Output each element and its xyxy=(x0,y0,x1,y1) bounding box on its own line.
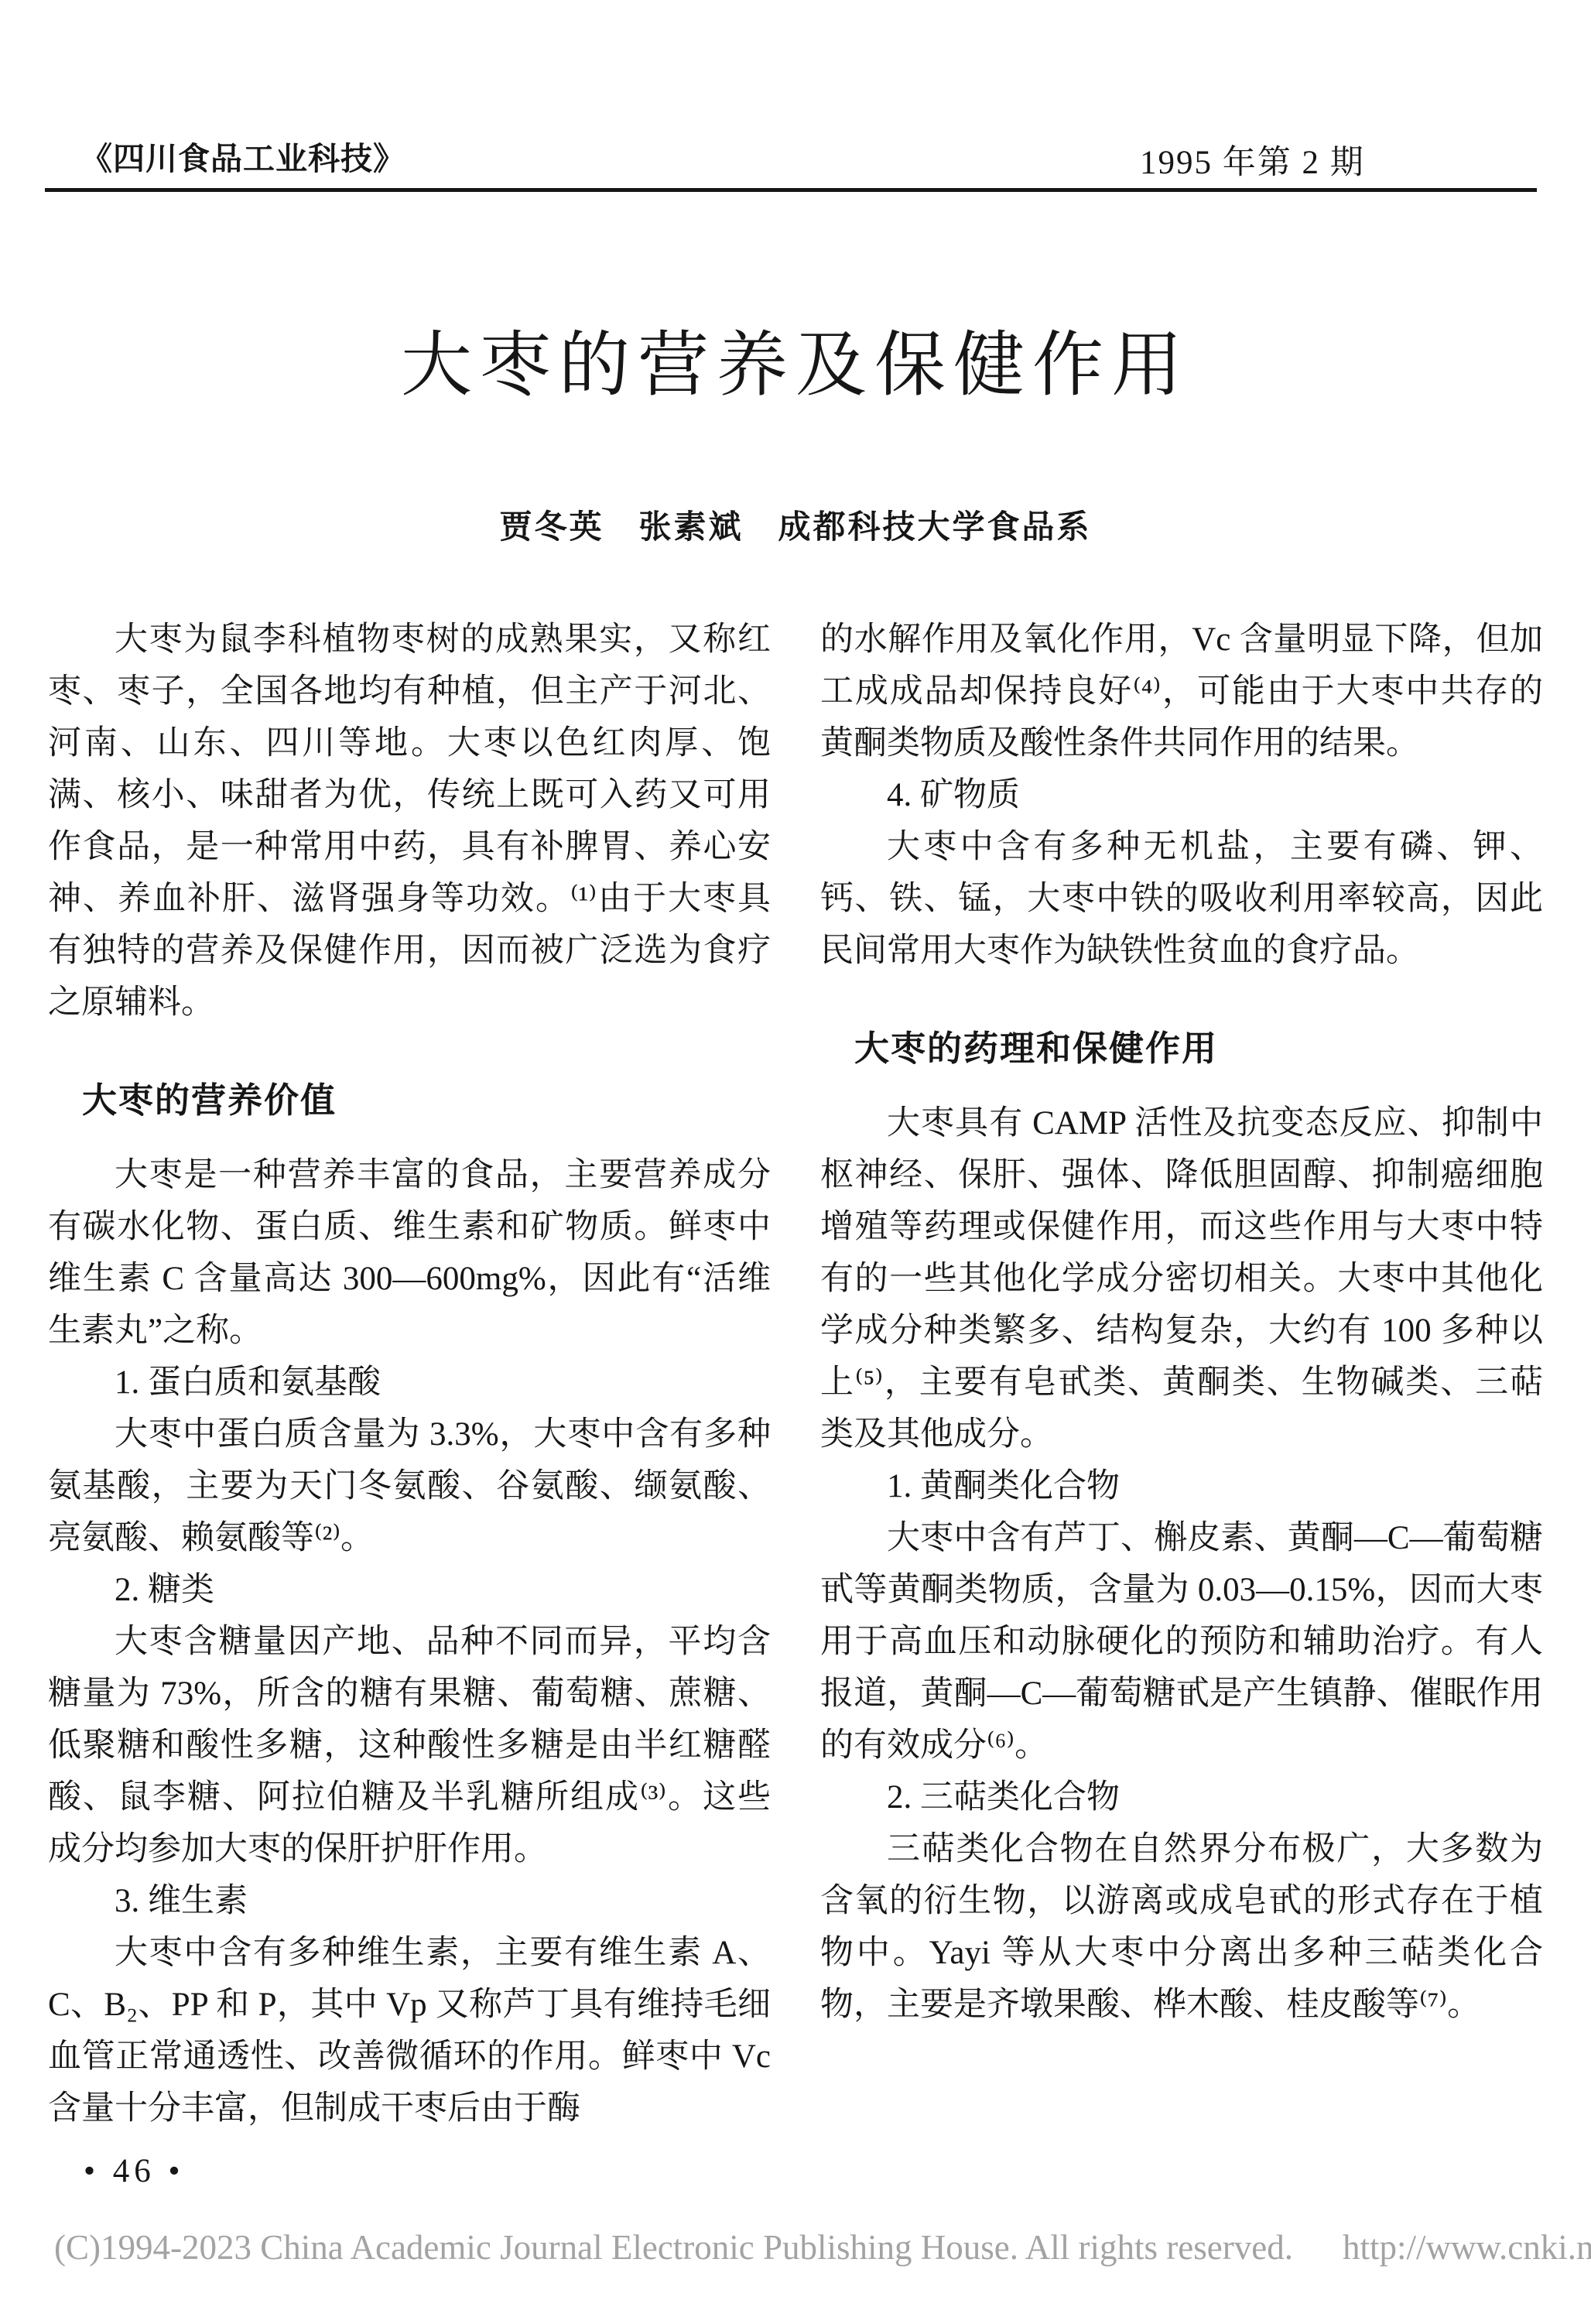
cnki-watermark: (C)1994-2023 China Academic Journal Elec… xyxy=(54,2227,1591,2268)
subheading-triterpene: 2. 三萜类化合物 xyxy=(820,1771,1543,1823)
issue-label: 1995 年第 2 期 xyxy=(1140,136,1365,183)
mineral-paragraph: 大枣中含有多种无机盐，主要有磷、钾、钙、铁、锰，大枣中铁的吸收利用率较高，因此民… xyxy=(820,821,1543,977)
right-column: 的水解作用及氧化作用，Vc 含量明显下降，但加工成成品却保持良好⁽⁴⁾，可能由于… xyxy=(820,614,1543,2197)
section-heading-pharmacology: 大枣的药理和保健作用 xyxy=(820,1031,1543,1066)
article-title: 大枣的营养及保健作用 xyxy=(0,308,1591,410)
protein-paragraph: 大枣中蛋白质含量为 3.3%，大枣中含有多种氨基酸，主要为天门冬氨酸、谷氨酸、缬… xyxy=(48,1408,771,1564)
subheading-flavonoid: 1. 黄酮类化合物 xyxy=(820,1460,1543,1512)
article-body: 大枣为鼠李科植物枣树的成熟果实，又称红枣、枣子，全国各地均有种植，但主产于河北、… xyxy=(48,614,1543,2197)
subheading-mineral: 4. 矿物质 xyxy=(820,769,1543,821)
triterpene-paragraph: 三萜类化合物在自然界分布极广，大多数为含氧的衍生物，以游离或成皂甙的形式存在于植… xyxy=(820,1823,1543,2031)
flavonoid-paragraph: 大枣中含有芦丁、槲皮素、黄酮—C—葡萄糖甙等黄酮类物质，含量为 0.03—0.1… xyxy=(820,1512,1543,1771)
pharmacology-intro-paragraph: 大枣具有 CAMP 活性及抗变态反应、抑制中枢神经、保肝、强体、降低胆固醇、抑制… xyxy=(820,1097,1543,1460)
vitamin-paragraph: 大枣中含有多种维生素，主要有维生素 A、C、B₂、PP 和 P，其中 Vp 又称… xyxy=(48,1927,771,2134)
section-heading-nutrition: 大枣的营养价值 xyxy=(48,1083,771,1118)
page-number: • 46 • xyxy=(48,2145,771,2197)
journal-page: 《四川食品工业科技》 1995 年第 2 期 大枣的营养及保健作用 贾冬英 张素… xyxy=(0,0,1591,2324)
header-divider xyxy=(45,188,1537,192)
subheading-protein: 1. 蛋白质和氨基酸 xyxy=(48,1357,771,1408)
left-column: 大枣为鼠李科植物枣树的成熟果实，又称红枣、枣子，全国各地均有种植，但主产于河北、… xyxy=(48,614,771,2197)
journal-name: 《四川食品工业科技》 xyxy=(80,133,405,179)
intro-paragraph: 大枣为鼠李科植物枣树的成熟果实，又称红枣、枣子，全国各地均有种植，但主产于河北、… xyxy=(48,614,771,1029)
sugar-paragraph: 大枣含糖量因产地、品种不同而异，平均含糖量为 73%，所含的糖有果糖、葡萄糖、蔗… xyxy=(48,1616,771,1875)
vitamin-continuation-paragraph: 的水解作用及氧化作用，Vc 含量明显下降，但加工成成品却保持良好⁽⁴⁾，可能由于… xyxy=(820,614,1543,769)
subheading-vitamin: 3. 维生素 xyxy=(48,1875,771,1927)
subheading-sugar: 2. 糖类 xyxy=(48,1564,771,1616)
copyright-text: (C)1994-2023 China Academic Journal Elec… xyxy=(54,2228,1293,2267)
authors-byline: 贾冬英 张素斌 成都科技大学食品系 xyxy=(0,501,1591,548)
nutrition-intro-paragraph: 大枣是一种营养丰富的食品，主要营养成分有碳水化物、蛋白质、维生素和矿物质。鲜枣中… xyxy=(48,1149,771,1357)
cnki-url: http://www.cnki.ne xyxy=(1343,2228,1591,2267)
